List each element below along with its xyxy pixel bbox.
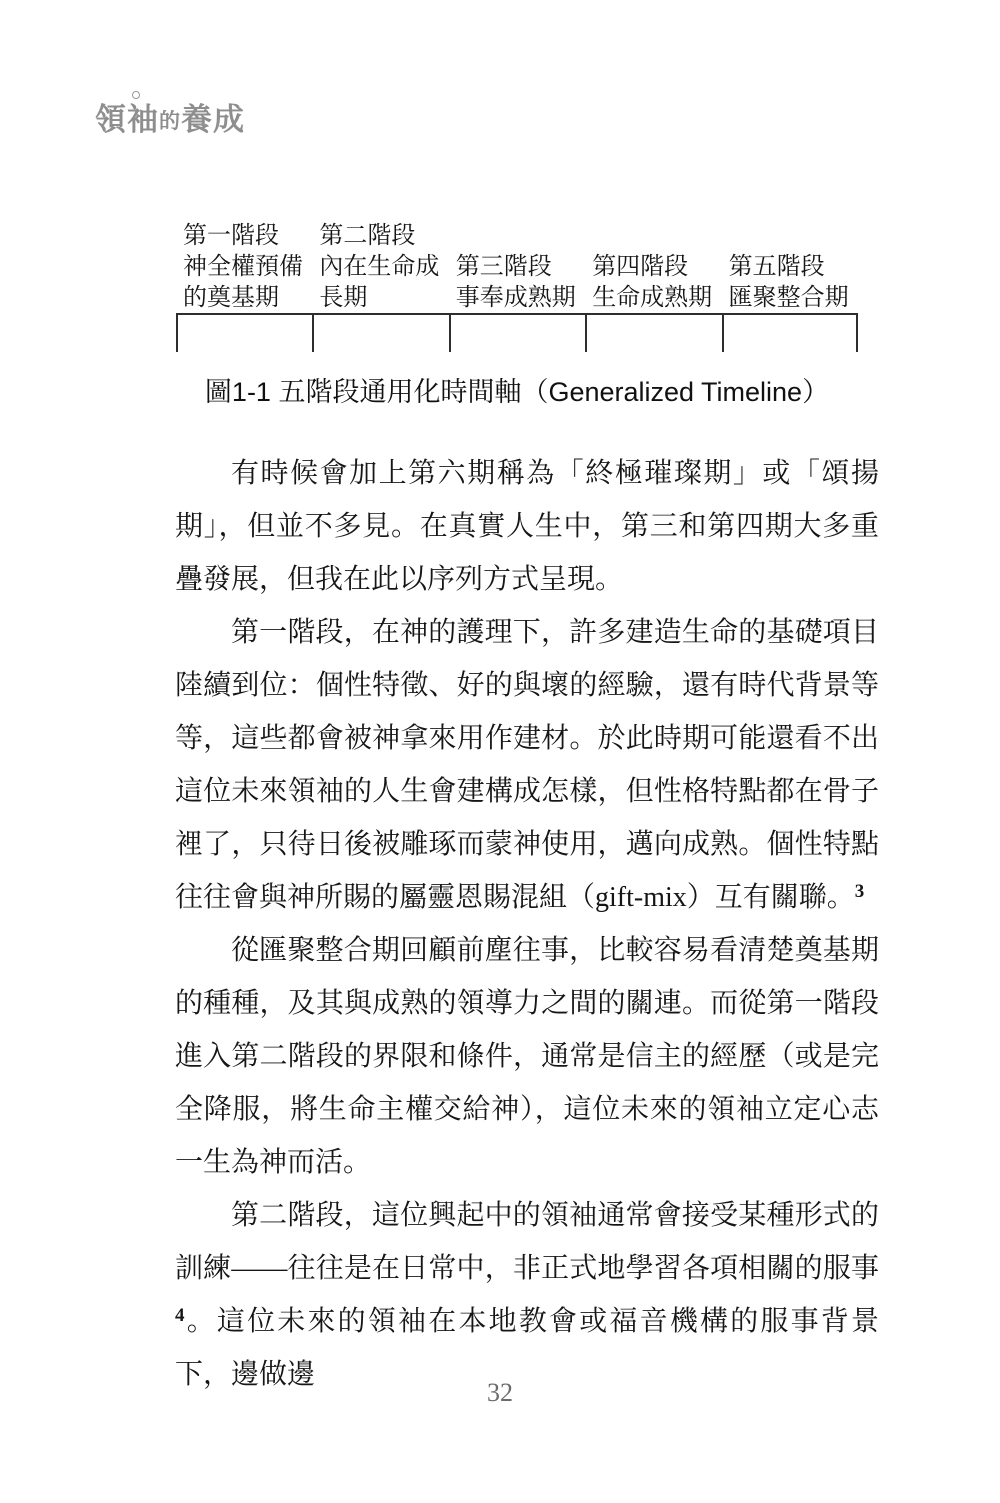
book-page: 領袖的養成 第一階段 神全權預備 的奠基期 第二階段 內在生命成 長期 第三階段… — [0, 0, 1000, 1503]
stage-line: 匯聚整合期 — [729, 282, 858, 313]
paragraph-4-text-a: 第二階段，這位興起中的領袖通常會接受某種形式的訓練——往往是在日常中，非正式地學… — [175, 1200, 879, 1284]
footnote-ref-4: 4 — [175, 1305, 185, 1326]
stage-line: 事奉成熟期 — [456, 282, 585, 313]
timeline-figure: 第一階段 神全權預備 的奠基期 第二階段 內在生命成 長期 第三階段 事奉成熟期… — [176, 218, 858, 409]
stage-line: 第二階段 — [319, 220, 448, 251]
paragraph-3: 從匯聚整合期回顧前塵往事，比較容易看清楚奠基期的種種，及其與成熟的領導力之間的關… — [175, 924, 879, 1189]
page-footer: 32 — [0, 1378, 1000, 1408]
stage-label-2: 第二階段 內在生命成 長期 — [312, 218, 448, 313]
timeline-axis — [176, 313, 858, 352]
footnote-ref-3: 3 — [855, 881, 865, 902]
stage-line: 生命成熟期 — [592, 282, 721, 313]
stage-label-1: 第一階段 神全權預備 的奠基期 — [176, 218, 312, 313]
stage-label-3: 第三階段 事奉成熟期 — [449, 218, 585, 313]
figure-caption: 圖1-1 五階段通用化時間軸（Generalized Timeline） — [176, 370, 858, 409]
stage-line: 第四階段 — [592, 251, 721, 282]
paragraph-4: 第二階段，這位興起中的領袖通常會接受某種形式的訓練——往往是在日常中，非正式地學… — [175, 1189, 879, 1401]
stage-line: 的奠基期 — [183, 282, 312, 313]
stage-label-4: 第四階段 生命成熟期 — [585, 218, 721, 313]
book-title-particle: 的 — [159, 109, 181, 133]
page-number: 32 — [487, 1378, 513, 1407]
stage-label-5: 第五階段 匯聚整合期 — [722, 218, 858, 313]
stage-line: 第五階段 — [729, 251, 858, 282]
timeline-tick — [722, 315, 724, 352]
stage-line: 第一階段 — [183, 220, 312, 251]
stage-line: 內在生命成 — [319, 251, 448, 282]
paragraph-1: 有時候會加上第六期稱為「終極璀璨期」或「頌揚期」，但並不多見。在真實人生中，第三… — [175, 447, 879, 606]
timeline-tick — [449, 315, 451, 352]
logo-ring-decoration — [132, 91, 140, 99]
timeline-tick — [585, 315, 587, 352]
stage-line: 神全權預備 — [183, 251, 312, 282]
book-title-part2: 養成 — [181, 102, 245, 137]
paragraph-2: 第一階段，在神的護理下，許多建造生命的基礎項目陸續到位：個性特徵、好的與壞的經驗… — [175, 606, 879, 924]
timeline-tick — [312, 315, 314, 352]
timeline-tick — [856, 315, 858, 352]
stage-labels: 第一階段 神全權預備 的奠基期 第二階段 內在生命成 長期 第三階段 事奉成熟期… — [176, 218, 858, 313]
paragraph-2-text: 第一階段，在神的護理下，許多建造生命的基礎項目陸續到位：個性特徵、好的與壞的經驗… — [175, 617, 879, 913]
running-head: 領袖的養成 — [95, 94, 245, 139]
book-title-part1: 領袖 — [95, 102, 159, 137]
timeline-tick — [176, 315, 178, 352]
body-text: 有時候會加上第六期稱為「終極璀璨期」或「頌揚期」，但並不多見。在真實人生中，第三… — [175, 447, 879, 1401]
stage-line: 長期 — [319, 282, 448, 313]
stage-line: 第三階段 — [456, 251, 585, 282]
